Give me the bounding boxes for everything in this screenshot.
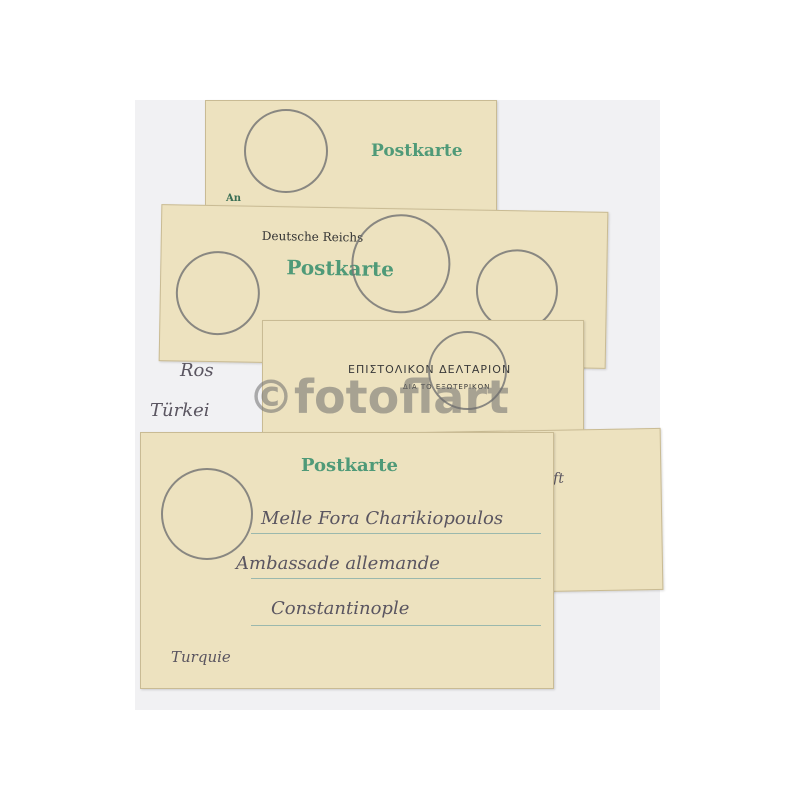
address-line: Melle Fora Charikiopoulos [261, 508, 503, 529]
postmark-icon [175, 250, 260, 335]
postcard-top: Postkarte An [205, 100, 497, 222]
side-text: Türkei [150, 400, 210, 421]
address-line: Constantinople [271, 598, 409, 619]
postmark-icon [244, 109, 328, 193]
address-rule [251, 625, 541, 626]
postmark-icon [161, 468, 253, 560]
postcard-header: Deutsche Reichs [262, 229, 364, 245]
postcard-title: Postkarte [371, 141, 463, 161]
side-text: Ros [180, 360, 214, 381]
address-label: An [226, 193, 241, 204]
address-rule [251, 578, 541, 579]
address-line: Ambassade allemande [236, 553, 440, 574]
postcard-front: Postkarte Melle Fora Charikiopoulos Amba… [140, 432, 554, 689]
address-rule [251, 533, 541, 534]
watermark: ©fotoflart [248, 370, 509, 424]
address-line: Turquie [171, 648, 231, 666]
postmark-icon [351, 213, 452, 314]
postcard-title: Postkarte [301, 455, 398, 476]
